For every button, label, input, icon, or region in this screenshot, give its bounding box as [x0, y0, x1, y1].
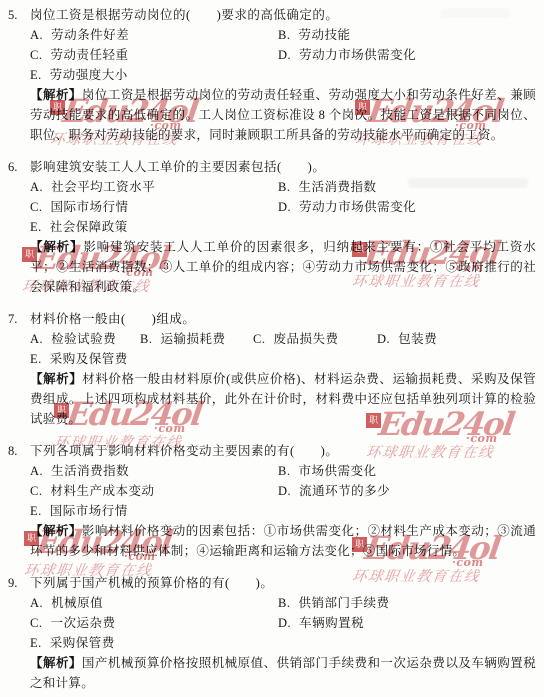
- option-8a: A.生活消费指数: [30, 461, 278, 481]
- scanned-exam-page: 5. 岗位工资是根据劳动岗位的( )要求的高低确定的。 A.劳动条件好差 B.劳…: [0, 0, 544, 697]
- question-stem: 下列属于国产机械的预算价格的有( )。: [30, 573, 536, 593]
- analysis-5: 【解析】岗位工资是根据劳动岗位的劳动责任轻重、劳动强度大小和劳动条件好差、兼顾劳…: [30, 85, 536, 145]
- option-7d: D.包装费: [377, 329, 536, 349]
- analysis-9: 【解析】国产机械预算价格按照机械原值、供销部门手续费和一次运杂费以及车辆购置税之…: [30, 653, 536, 693]
- option-8d: D.流通环节的多少: [278, 481, 536, 501]
- analysis-7: 【解析】材料价格一般由材料原价(或供应价格)、材料运杂费、运输损耗费、采购及保管…: [30, 369, 536, 429]
- question-number: 5.: [8, 5, 30, 25]
- option-6a: A.社会平均工资水平: [30, 177, 278, 197]
- option-9c: C.一次运杂费: [30, 613, 278, 633]
- option-9a: A.机械原值: [30, 593, 278, 613]
- option-6c: C.国际市场行情: [30, 197, 278, 217]
- option-9d: D.车辆购置税: [278, 613, 536, 633]
- option-5e: E.劳动强度大小: [30, 65, 278, 85]
- analysis-text: 影响材料价格变动的因素包括：①市场供需变化；②材料生产成本变动；③流通环节的多少…: [30, 524, 536, 558]
- question-5: 5. 岗位工资是根据劳动岗位的( )要求的高低确定的。 A.劳动条件好差 B.劳…: [8, 5, 536, 145]
- analysis-8: 【解析】影响材料价格变动的因素包括：①市场供需变化；②材料生产成本变动；③流通环…: [30, 521, 536, 561]
- question-number: 6.: [8, 157, 30, 177]
- question-number: 7.: [8, 309, 30, 329]
- option-6e: E.社会保障政策: [30, 217, 278, 237]
- question-6: 6. 影响建筑安装工人人工单价的主要因素包括( )。 A.社会平均工资水平 B.…: [8, 157, 536, 297]
- option-7b: B.运输损耗费: [140, 329, 253, 349]
- option-9b: B.供销部门手续费: [278, 593, 536, 613]
- question-stem: 影响建筑安装工人人工单价的主要因素包括( )。: [30, 157, 536, 177]
- analysis-text: 国产机械预算价格按照机械原值、供销部门手续费和一次运杂费以及车辆购置税之和计算。: [30, 656, 536, 690]
- analysis-label: 【解析】: [30, 372, 82, 386]
- exam-content: 5. 岗位工资是根据劳动岗位的( )要求的高低确定的。 A.劳动条件好差 B.劳…: [0, 0, 544, 693]
- analysis-label: 【解析】: [30, 240, 83, 254]
- analysis-text: 岗位工资是根据劳动岗位的劳动责任轻重、劳动强度大小和劳动条件好差、兼顾劳动技能要…: [30, 88, 536, 142]
- question-9: 9. 下列属于国产机械的预算价格的有( )。 A.机械原值 B.供销部门手续费 …: [8, 573, 536, 693]
- question-8: 8. 下列各项属于影响材料价格变动主要因素的有( )。 A.生活消费指数 B.市…: [8, 441, 536, 561]
- question-stem: 下列各项属于影响材料价格变动主要因素的有( )。: [30, 441, 536, 461]
- question-stem: 岗位工资是根据劳动岗位的( )要求的高低确定的。: [30, 5, 536, 25]
- option-8e: E.国际市场行情: [30, 501, 278, 521]
- option-9e: E.采购保管费: [30, 633, 278, 653]
- option-5b: B.劳动技能: [278, 25, 536, 45]
- question-number: 8.: [8, 441, 30, 461]
- option-7e: E.采购及保管费: [30, 349, 536, 369]
- analysis-label: 【解析】: [30, 88, 82, 102]
- option-8c: C.材料生产成本变动: [30, 481, 278, 501]
- analysis-6: 【解析】影响建筑安装工人人工单价的因素很多，归纳起来主要有：①社会平均工资水平；…: [30, 237, 536, 297]
- option-8b: B.市场供需变化: [278, 461, 536, 481]
- question-stem: 材料价格一般由( )组成。: [30, 309, 536, 329]
- analysis-label: 【解析】: [30, 524, 82, 538]
- option-7c: C.废品损失费: [253, 329, 377, 349]
- option-6b: B.生活消费指数: [278, 177, 536, 197]
- analysis-label: 【解析】: [30, 656, 82, 670]
- option-7a: A.检验试验费: [30, 329, 140, 349]
- analysis-text: 材料价格一般由材料原价(或供应价格)、材料运杂费、运输损耗费、采购及保管费组成。…: [30, 372, 536, 426]
- option-6d: D.劳动力市场供需变化: [278, 197, 536, 217]
- analysis-text: 影响建筑安装工人人工单价的因素很多，归纳起来主要有：①社会平均工资水平；②生活消…: [30, 240, 536, 294]
- option-5d: D.劳动力市场供需变化: [278, 45, 536, 65]
- question-7: 7. 材料价格一般由( )组成。 A.检验试验费 B.运输损耗费 C.废品损失费…: [8, 309, 536, 429]
- option-5a: A.劳动条件好差: [30, 25, 278, 45]
- question-number: 9.: [8, 573, 30, 593]
- option-5c: C.劳动责任轻重: [30, 45, 278, 65]
